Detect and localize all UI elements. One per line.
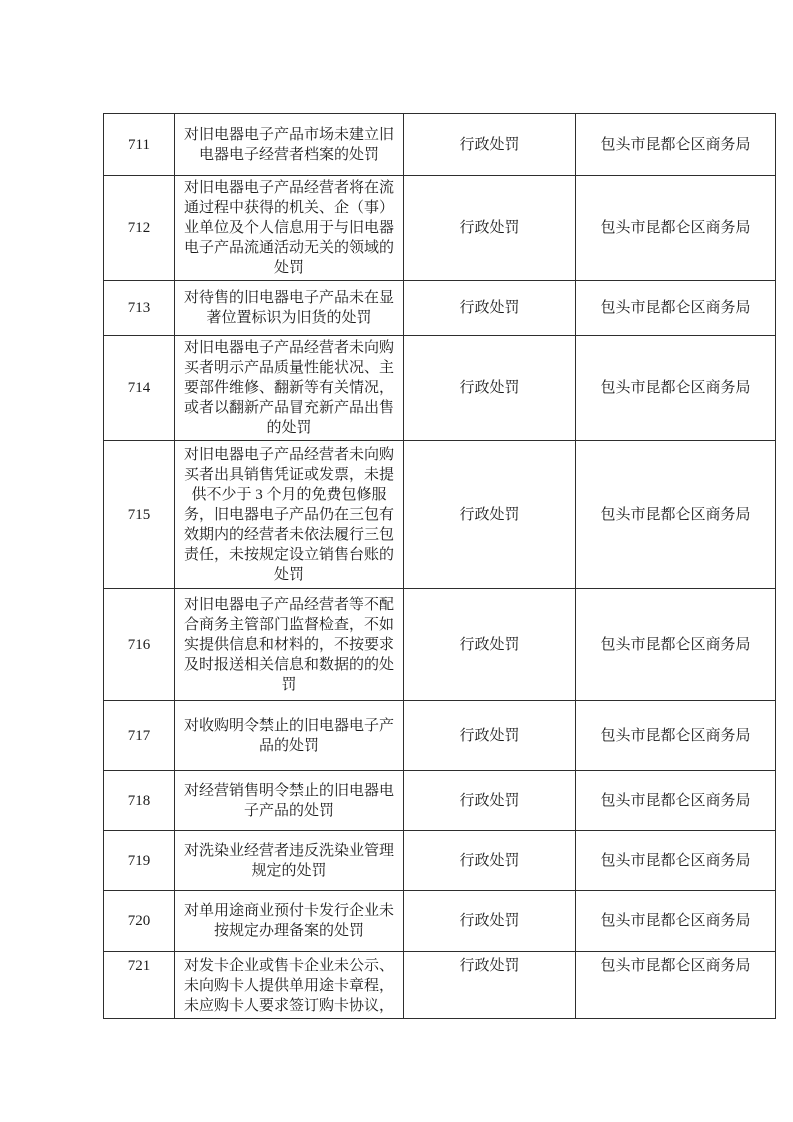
table-row: 711 对旧电器电子产品市场未建立旧电器电子经营者档案的处罚 行政处罚 包头市昆… — [104, 114, 776, 176]
penalty-category-cell: 行政处罚 — [404, 589, 576, 701]
row-index-cell: 711 — [104, 114, 175, 176]
department-cell: 包头市昆都仑区商务局 — [576, 281, 776, 336]
penalty-item-cell: 对旧电器电子产品市场未建立旧电器电子经营者档案的处罚 — [175, 114, 404, 176]
table-row: 718 对经营销售明令禁止的旧电器电子产品的处罚 行政处罚 包头市昆都仑区商务局 — [104, 771, 776, 831]
row-index-cell: 717 — [104, 701, 175, 771]
penalty-category-cell: 行政处罚 — [404, 441, 576, 589]
row-index-cell: 719 — [104, 831, 175, 891]
department-cell: 包头市昆都仑区商务局 — [576, 891, 776, 952]
penalty-item-cell: 对旧电器电子产品经营者将在流通过程中获得的机关、企（事）业单位及个人信息用于与旧… — [175, 176, 404, 281]
penalty-item-cell: 对待售的旧电器电子产品未在显著位置标识为旧货的处罚 — [175, 281, 404, 336]
penalty-category-cell: 行政处罚 — [404, 891, 576, 952]
table-row: 715 对旧电器电子产品经营者未向购买者出具销售凭证或发票，未提供不少于 3 个… — [104, 441, 776, 589]
row-index-cell: 718 — [104, 771, 175, 831]
penalty-item-cell: 对收购明令禁止的旧电器电子产品的处罚 — [175, 701, 404, 771]
penalty-item-cell: 对经营销售明令禁止的旧电器电子产品的处罚 — [175, 771, 404, 831]
table-row: 714 对旧电器电子产品经营者未向购买者明示产品质量性能状况、主要部件维修、翻新… — [104, 336, 776, 441]
penalty-item-cell: 对单用途商业预付卡发行企业未按规定办理备案的处罚 — [175, 891, 404, 952]
penalty-item-cell: 对旧电器电子产品经营者等不配合商务主管部门监督检查，不如实提供信息和材料的，不按… — [175, 589, 404, 701]
penalty-table: 711 对旧电器电子产品市场未建立旧电器电子经营者档案的处罚 行政处罚 包头市昆… — [103, 113, 776, 1019]
table-row: 720 对单用途商业预付卡发行企业未按规定办理备案的处罚 行政处罚 包头市昆都仑… — [104, 891, 776, 952]
department-cell: 包头市昆都仑区商务局 — [576, 441, 776, 589]
department-cell: 包头市昆都仑区商务局 — [576, 176, 776, 281]
row-index-cell: 714 — [104, 336, 175, 441]
document-page: 711 对旧电器电子产品市场未建立旧电器电子经营者档案的处罚 行政处罚 包头市昆… — [0, 0, 793, 1122]
row-index-cell: 721 — [104, 952, 175, 1019]
penalty-category-cell: 行政处罚 — [404, 771, 576, 831]
department-cell: 包头市昆都仑区商务局 — [576, 701, 776, 771]
table-row: 721 对发卡企业或售卡企业未公示、未向购卡人提供单用途卡章程，未应购卡人要求签… — [104, 952, 776, 1019]
table-row: 717 对收购明令禁止的旧电器电子产品的处罚 行政处罚 包头市昆都仑区商务局 — [104, 701, 776, 771]
department-cell: 包头市昆都仑区商务局 — [576, 589, 776, 701]
penalty-category-cell: 行政处罚 — [404, 831, 576, 891]
penalty-item-cell: 对发卡企业或售卡企业未公示、未向购卡人提供单用途卡章程，未应购卡人要求签订购卡协… — [175, 952, 404, 1019]
table-row: 716 对旧电器电子产品经营者等不配合商务主管部门监督检查，不如实提供信息和材料… — [104, 589, 776, 701]
table-row: 713 对待售的旧电器电子产品未在显著位置标识为旧货的处罚 行政处罚 包头市昆都… — [104, 281, 776, 336]
row-index-cell: 716 — [104, 589, 175, 701]
penalty-category-cell: 行政处罚 — [404, 281, 576, 336]
row-index-cell: 720 — [104, 891, 175, 952]
row-index-cell: 715 — [104, 441, 175, 589]
table-row: 719 对洗染业经营者违反洗染业管理规定的处罚 行政处罚 包头市昆都仑区商务局 — [104, 831, 776, 891]
penalty-category-cell: 行政处罚 — [404, 114, 576, 176]
department-cell: 包头市昆都仑区商务局 — [576, 114, 776, 176]
table-row: 712 对旧电器电子产品经营者将在流通过程中获得的机关、企（事）业单位及个人信息… — [104, 176, 776, 281]
department-cell: 包头市昆都仑区商务局 — [576, 336, 776, 441]
department-cell: 包头市昆都仑区商务局 — [576, 952, 776, 1019]
penalty-item-cell: 对旧电器电子产品经营者未向购买者明示产品质量性能状况、主要部件维修、翻新等有关情… — [175, 336, 404, 441]
penalty-category-cell: 行政处罚 — [404, 336, 576, 441]
penalty-item-cell: 对旧电器电子产品经营者未向购买者出具销售凭证或发票，未提供不少于 3 个月的免费… — [175, 441, 404, 589]
penalty-item-cell: 对洗染业经营者违反洗染业管理规定的处罚 — [175, 831, 404, 891]
penalty-category-cell: 行政处罚 — [404, 176, 576, 281]
penalty-category-cell: 行政处罚 — [404, 952, 576, 1019]
department-cell: 包头市昆都仑区商务局 — [576, 771, 776, 831]
row-index-cell: 713 — [104, 281, 175, 336]
department-cell: 包头市昆都仑区商务局 — [576, 831, 776, 891]
penalty-category-cell: 行政处罚 — [404, 701, 576, 771]
table-body: 711 对旧电器电子产品市场未建立旧电器电子经营者档案的处罚 行政处罚 包头市昆… — [104, 114, 776, 1019]
row-index-cell: 712 — [104, 176, 175, 281]
